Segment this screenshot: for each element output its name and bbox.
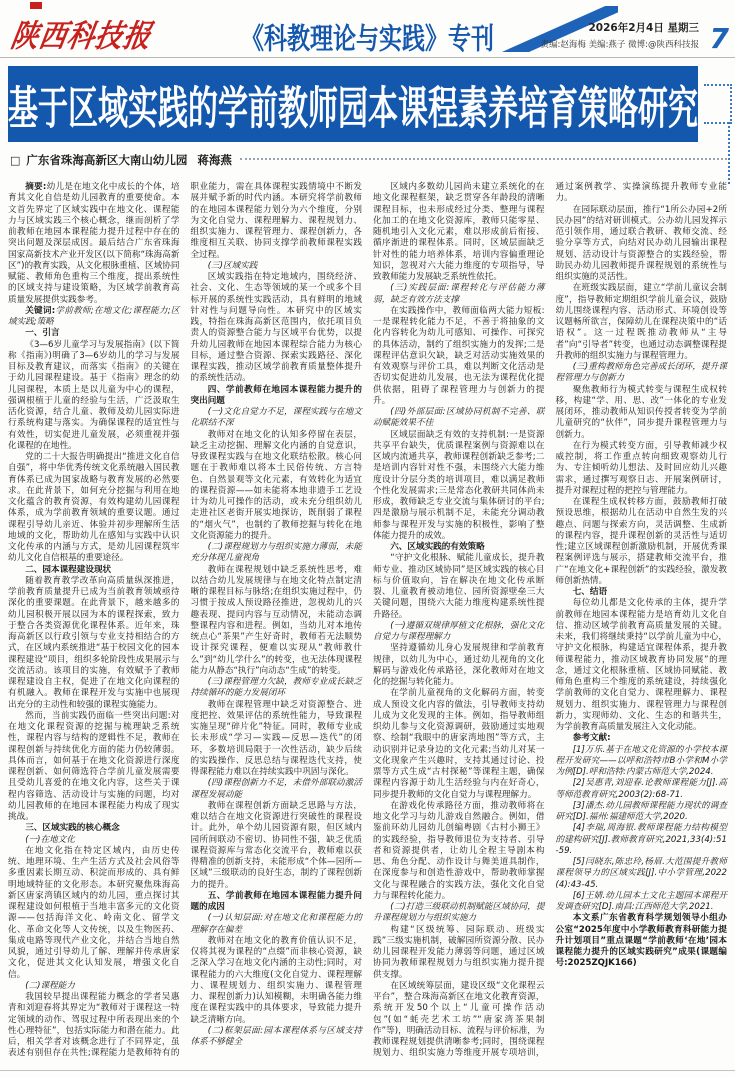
sub-heading: (一)在地文化 [8,835,180,846]
section-heading: 六、区域实践的有效策略 [373,542,545,553]
article-paragraph: 摘要:幼儿是在地文化中成长的个体，培育其文化自信是幼儿园教育的重要使命。本文首先… [8,182,180,306]
sub-heading: (二)打造三级联动机制赋能区域协同，提升课程规划力与组织实施力 [373,902,545,925]
article-paragraph: 在行为模式转变方面，引导教师减少权威控制，将工作重点转向细致观察幼儿行为、专注倾… [556,441,728,497]
header-rule [0,57,735,58]
article-paragraph: 在实践操作中，教师面临两大能力短板:一是课程转化能力不足，不善于将抽象的文化内容… [373,306,545,407]
article-paragraph: 在游戏化传承路径方面，推动教师将在地文化学习与幼儿游戏自然融合。例如，借鉴前环幼… [373,801,545,902]
sub-heading: (二)课程能力 [8,981,180,992]
sub-heading: (一)遵循双规律厚植文化根脉，强化文化自觉力与课程理解力 [373,621,545,644]
article-paragraph: 区域内多数幼儿园尚未建立系统化的在地文化课程框架，缺乏贯穿各年龄段的清晰课程目标… [373,182,545,283]
byline-dotted-line [240,157,727,160]
reference-item: [6]王婧.幼儿园本土文化主题园本课程开发调查研究[D].南昌:江西师范大学,2… [556,891,728,914]
article-paragraph: 教师在课程管理中缺乏对资源整合、进度把控、效果评估的系统性能力，导致课程实施呈现… [191,700,363,779]
article-paragraph: 教师对在地文化的认知多停留在表层，缺乏主动挖掘、理解文化内涵的自觉意识，导致课程… [191,430,363,543]
article-title-banner: 基于区域实践的学前教师园本课程素养培育策略研究 [8,66,698,142]
sub-heading: (三)课程管理力欠缺，教师专业成长缺乏持续循环的能力发展闭环 [191,677,363,700]
banner-dotted-vertical-line [728,122,730,184]
article-paragraph: 每位幼儿都是文化传承的主体，提升学前教师在地园本课程能力是培育幼儿文化自信、推动… [556,598,728,733]
sub-heading: (四)外部层面:区域协同机制不完善、联动赋能效果不佳 [373,407,545,430]
article-paragraph: 在班级实践层面，建立“学前儿童议会制度”，指导教师定期组织学前儿童会议，鼓励幼儿… [556,283,728,362]
article-paragraph: 教师在课程规划中缺乏系统性思考，难以结合幼儿发展规律与在地文化特点制定清晰的课程… [191,565,363,678]
section-heading: 三、区域实践的核心概念 [8,823,180,834]
byline-organization: 广东省珠海高新区大南山幼儿园 [26,152,187,168]
reference-item: [4]李瑞,周海银.教师课程能力结构模型的建构研究[J].教师教育研究,2021… [556,823,728,857]
page-number: 7 [710,22,729,55]
article-byline: □ 广东省珠海高新区大南山幼儿园 蒋海燕 [10,150,727,170]
section-heading: 五、学前教师在地园本课程能力提升问题的成因 [191,891,363,914]
article-paragraph: 在地文化指在特定区域内，由历史传统、地理环境、生产生活方式及社会风俗等多重因素长… [8,846,180,981]
sub-heading: (一)认知层面:对在地文化和课程能力的理解存在偏差 [191,913,363,936]
article-paragraph: 教师对在地文化的教育价值认识不足，仅将其视为课程的“点缀”而非核心资源，缺乏深入… [191,936,363,1026]
article-paragraph: 构建“区级统筹、园际联动、班级实践”三级实施机制，破解园所资源分散、民办幼儿园课… [373,925,545,981]
sub-heading: (二)课程规划力与组织实施力薄弱，未能充分体现儿童视角 [191,542,363,565]
article-paragraph: 随着教育教学改革向高质量纵深推进，学前教育质量提升已成为当前教育领域亟待深化的重… [8,576,180,711]
article-paragraph: “守护文化根脉、赋能儿童成长，提升教师专业、推动区域协同”是区域实践的核心目标与… [373,553,545,621]
article-paragraph: 党的二十大报告明确提出“推进文化自信自强”，将中华优秀传统文化系统融入国民教育体… [8,452,180,565]
masthead: 陕西科技报 《科教理论与实践》专刊 2026年2月4日 星期三 责编:赵海梅 美… [0,0,735,57]
bottom-rule [0,1070,735,1071]
article-title: 基于区域实践的学前教师园本课程素养培育策略研究 [8,71,698,137]
article-paragraph: 区域层面缺乏有效的支持机制:一是资源共享平台缺失，优质课程案例与资源难以在区域内… [373,430,545,543]
section-heading: 四、学前教师在地园本课程能力提升的突出问题 [191,385,363,408]
reference-item: [2]吴惠青,刘迎春.论教师课程能力[J].高等师范教育研究,2003(2):6… [556,778,728,801]
staff-line: 责编:赵海梅 美编:燕子 微博:@陕西科技报 [541,38,700,50]
reference-item: [3]潘杰.幼儿园教师课程能力现状的调查研究[D].福州:福建师范大学,2020… [556,801,728,824]
section-heading: 参考文献: [556,733,728,744]
article-paragraph: 区域实践指在特定地域内，围绕经济、社会、文化、生态等领域的某一个或多个目标开展的… [191,272,363,385]
sub-heading: (一)文化自觉力不足，课程实践与在地文化联结不深 [191,407,363,430]
article-paragraph: 在园际联动层面，推行“1所公办园+2所民办园”的结对研训模式。公办幼儿园发挥示范… [556,205,728,284]
article-body: 摘要:幼儿是在地文化中成长的个体，培育其文化自信是幼儿园教育的重要使命。本文首先… [8,182,727,1062]
reference-item: [1]万乐.基于在地文化资源的小学校本课程开发研究——以呼和浩特市B小学和M小学… [556,745,728,779]
banner-dotted-decoration [704,84,732,124]
sub-heading: (三)实践层面:课程转化与评估能力薄弱，缺乏有效方法支撑 [373,283,545,306]
funding-note: 本文系广东省教育科学规划领导小组办公室“2025年度中小学教师教育科研能力提升计… [556,913,728,969]
paragraph-lead-label: 摘要: [25,182,46,192]
keywords-line: 关键词:学前教师;在地文化;课程能力;区域实践;策略 [8,306,180,329]
date-line: 2026年2月4日 星期三 [589,20,700,35]
article-paragraph: 《3—6岁儿童学习与发展指南》(以下简称《指南》)明确了3—6岁幼儿的学习与发展… [8,340,180,453]
byline-square-marker: □ [10,154,20,167]
article-paragraph: 坚持遵循幼儿身心发展规律和学前教育规律，以幼儿为中心，通过幼儿视角的文化解码与游… [373,643,545,688]
sub-heading: (三)重构教师角色完善成长闭环，提升课程管理力与创新力 [556,362,728,385]
article-paragraph: 在学前儿童视角的文化解码方面，转变成人预设文化内容的做法，引导教师支持幼儿成为文… [373,688,545,801]
newspaper-page: 陕西科技报 《科教理论与实践》专刊 2026年2月4日 星期三 责编:赵海梅 美… [0,0,735,1077]
article-paragraph: 在课程生成权转移方面，鼓励教师打破预设思维，根据幼儿在活动中自然生发的兴趣点、问… [556,497,728,587]
sub-heading: (二)框架层面:园本课程体系与区域支持体系不够健全 [191,1026,363,1049]
masthead-red-mark [30,2,42,9]
sub-heading: (四)课程创新力不足，未借外部联动激活课程发展动能 [191,778,363,801]
section-heading: 七、结语 [556,587,728,598]
article-paragraph: 聚焦教师行为模式转变与课程生成权转移，构建“学、用、思、改”一体化的专业发展闭环… [556,385,728,441]
paragraph-lead-label: 关键词: [25,306,55,316]
reference-item: [5]闫晓东,陈忠玲,杨眉.大范围提升教师课程领导力的区域实践[J].中小学管理… [556,857,728,891]
byline-author: 蒋海燕 [197,152,232,168]
article-paragraph: 教师在课程创新方面缺乏思路与方法，难以结合在地文化资源进行突破性的课程设计。此外… [191,801,363,891]
section-heading: 二、园本课程建设现状 [8,565,180,576]
article-paragraph: 然而，当前实践仍面临一些突出问题:对在地文化课程资源的挖掘与梳理缺乏系统性，课程… [8,711,180,824]
sub-heading: (三)区域实践 [191,261,363,272]
section-heading: 一、引言 [8,328,180,339]
